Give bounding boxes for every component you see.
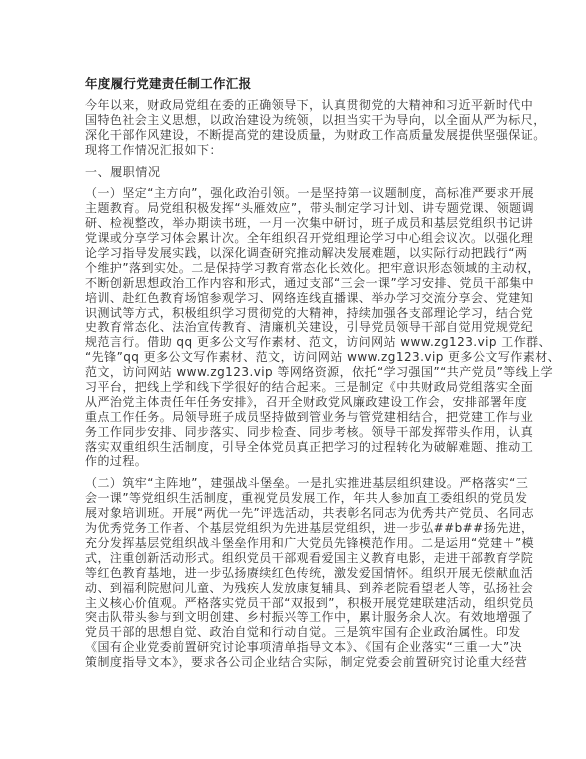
text-line: （一）坚定“主方向”，强化政治引领。一是坚持第一议题制度，高标准严要求开展 (85, 186, 510, 201)
text-line: 不断创新思想政治工作内容和形式，通过支部“三会一课”学习安排、党员干部集中 (85, 276, 510, 291)
section-heading: 一、履职情况 (85, 165, 510, 180)
text-line: 培训、赴红色教育场馆参观学习、网络连线直播课、举办学习交流分享会、党建知 (85, 291, 510, 306)
text-line: 论学习指导发展实践，以深化调查研究推动解决发展难题，以实际行动把践行“两 (85, 246, 510, 261)
text-line: 落实双重组织生活制度，引导全体党员真正把学习的过程转化为破解难题、推动工 (85, 440, 510, 455)
text-line: （二）筑牢“主阵地”，建强战斗堡垒。一是扎实推进基层组织建设。严格落实“三 (85, 476, 510, 491)
text-line: 策制度指导文本》，要求各公司企业结合实际，制定党委会前置研究讨论重大经营 (85, 655, 510, 670)
text-line: 充分发挥基层党组织战斗堡垒作用和广大党员先锋模范作用。二是运用“党建＋”模 (85, 536, 510, 551)
document-body: 年度履行党建责任制工作汇报 今年以来，财政局党组在委的正确领导下，认真贯彻党的大… (85, 76, 510, 677)
text-line: 从严治党主体责任年任务安排》，召开全财政党风廉政建设工作会，安排部署年度 (85, 395, 510, 410)
document-page: 年度履行党建责任制工作汇报 今年以来，财政局党组在委的正确领导下，认真贯彻党的大… (0, 0, 586, 759)
intro-paragraph: 今年以来，财政局党组在委的正确领导下，认真贯彻党的大精神和习近平新时代中 国特色… (85, 98, 510, 158)
text-line: 党员干部的思想自觉、政治自觉和行动自觉。三是筑牢国有企业政治属性。印发 (85, 625, 510, 640)
text-line: 式，注重创新活动形式。组织党员干部观看爱国主义教育电影，走进干部教育学院 (85, 551, 510, 566)
paragraph-political-guidance: （一）坚定“主方向”，强化政治引领。一是坚持第一议题制度，高标准严要求开展 主题… (85, 186, 510, 469)
document-title: 年度履行党建责任制工作汇报 (85, 76, 510, 92)
text-line: 重点工作任务。局领导班子成员坚持做到管业务与管党建相结合，把党建工作与业 (85, 410, 510, 425)
text-line: 史教育常态化、法治宣传教育、清廉机关建设，引导党员领导干部自觉用党规党纪 (85, 320, 510, 335)
text-line: 深化干部作风建设，不断提高党的建设质量，为财政工作高质量发展提供坚强保证。 (85, 128, 510, 143)
text-line: 作的过程。 (85, 454, 510, 469)
text-line: 《国有企业党委前置研究讨论事项清单指导文本》、《国有企业落实“三重一大”决 (85, 640, 510, 655)
text-line: 现将工作情况汇报如下： (85, 143, 510, 158)
text-line: 为优秀党务工作者、个基层党组织为先进基层党组织，进一步弘##b##扬先进， (85, 521, 510, 536)
text-line: 展对象培训班。开展“两优一先”评选活动，共表彰名同志为优秀共产党员、名同志 (85, 506, 510, 521)
text-line: 识测试等方式，积极组织学习贯彻党的大精神，持续加强各支部理论学习，结合党 (85, 306, 510, 321)
text-line: 习平台，把线上学和线下学很好的结合起来。三是制定《中共财政局党组落实全面 (85, 380, 510, 395)
text-line: 今年以来，财政局党组在委的正确领导下，认真贯彻党的大精神和习近平新时代中 (85, 98, 510, 113)
text-line: 个维护”落到实处。二是保持学习教育常态化长效化。把牢意识形态领域的主动权， (85, 261, 510, 276)
text-line: 突击队带头参与到文明创建、乡村振兴等工作中，累计服务余人次。有效地增强了 (85, 610, 510, 625)
text-line: 务工作同步安排、同步落实、同步检查、同步考核。领导干部发挥带头作用，认真 (85, 425, 510, 440)
text-line: 党课或分享学习体会累计次。全年组织召开党组理论学习中心组会议次。以强化理 (85, 231, 510, 246)
text-line: 主义核心价值观。严格落实党员干部“双报到”，积极开展党建联建活动，组织党员 (85, 596, 510, 611)
text-line: 会一课”等党组织生活制度，重视党员发展工作，年共人参加直工委组织的党员发 (85, 491, 510, 506)
text-line: 等红色教育基地，进一步弘扬赓续红色传统，激发爱国情怀。组织开展无偿献血活 (85, 566, 510, 581)
text-line: “先锋”qq 更多公文写作素材、范文，访问网站 www.zg123.vip 更多… (85, 350, 510, 365)
section-heading-text: 一、履职情况 (85, 165, 510, 180)
text-line: 国特色社会主义思想，以政治建设为统领，以担当实干为导向，以全面从严为标尺， (85, 113, 510, 128)
text-line: 范文，访问网站 www.zg123.vip 等网络资源，依托“学习强国”“共产党… (85, 365, 510, 380)
text-line: 动、到福利院慰问儿童、为残疾人发放康复辅具、到养老院看望老人等，弘扬社会 (85, 581, 510, 596)
paragraph-battle-fortress: （二）筑牢“主阵地”，建强战斗堡垒。一是扎实推进基层组织建设。严格落实“三 会一… (85, 476, 510, 670)
text-line: 规范言行。借助 qq 更多公文写作素材、范文，访问网站 www.zg123.vi… (85, 335, 510, 350)
text-line: 主题教育。局党组积极发挥“头雁效应”，带头制定学习计划、讲专题党课、领题调 (85, 201, 510, 216)
text-line: 研、检视整改，举办期读书班，一月一次集中研讨，班子成员和基层党组织书记讲 (85, 216, 510, 231)
